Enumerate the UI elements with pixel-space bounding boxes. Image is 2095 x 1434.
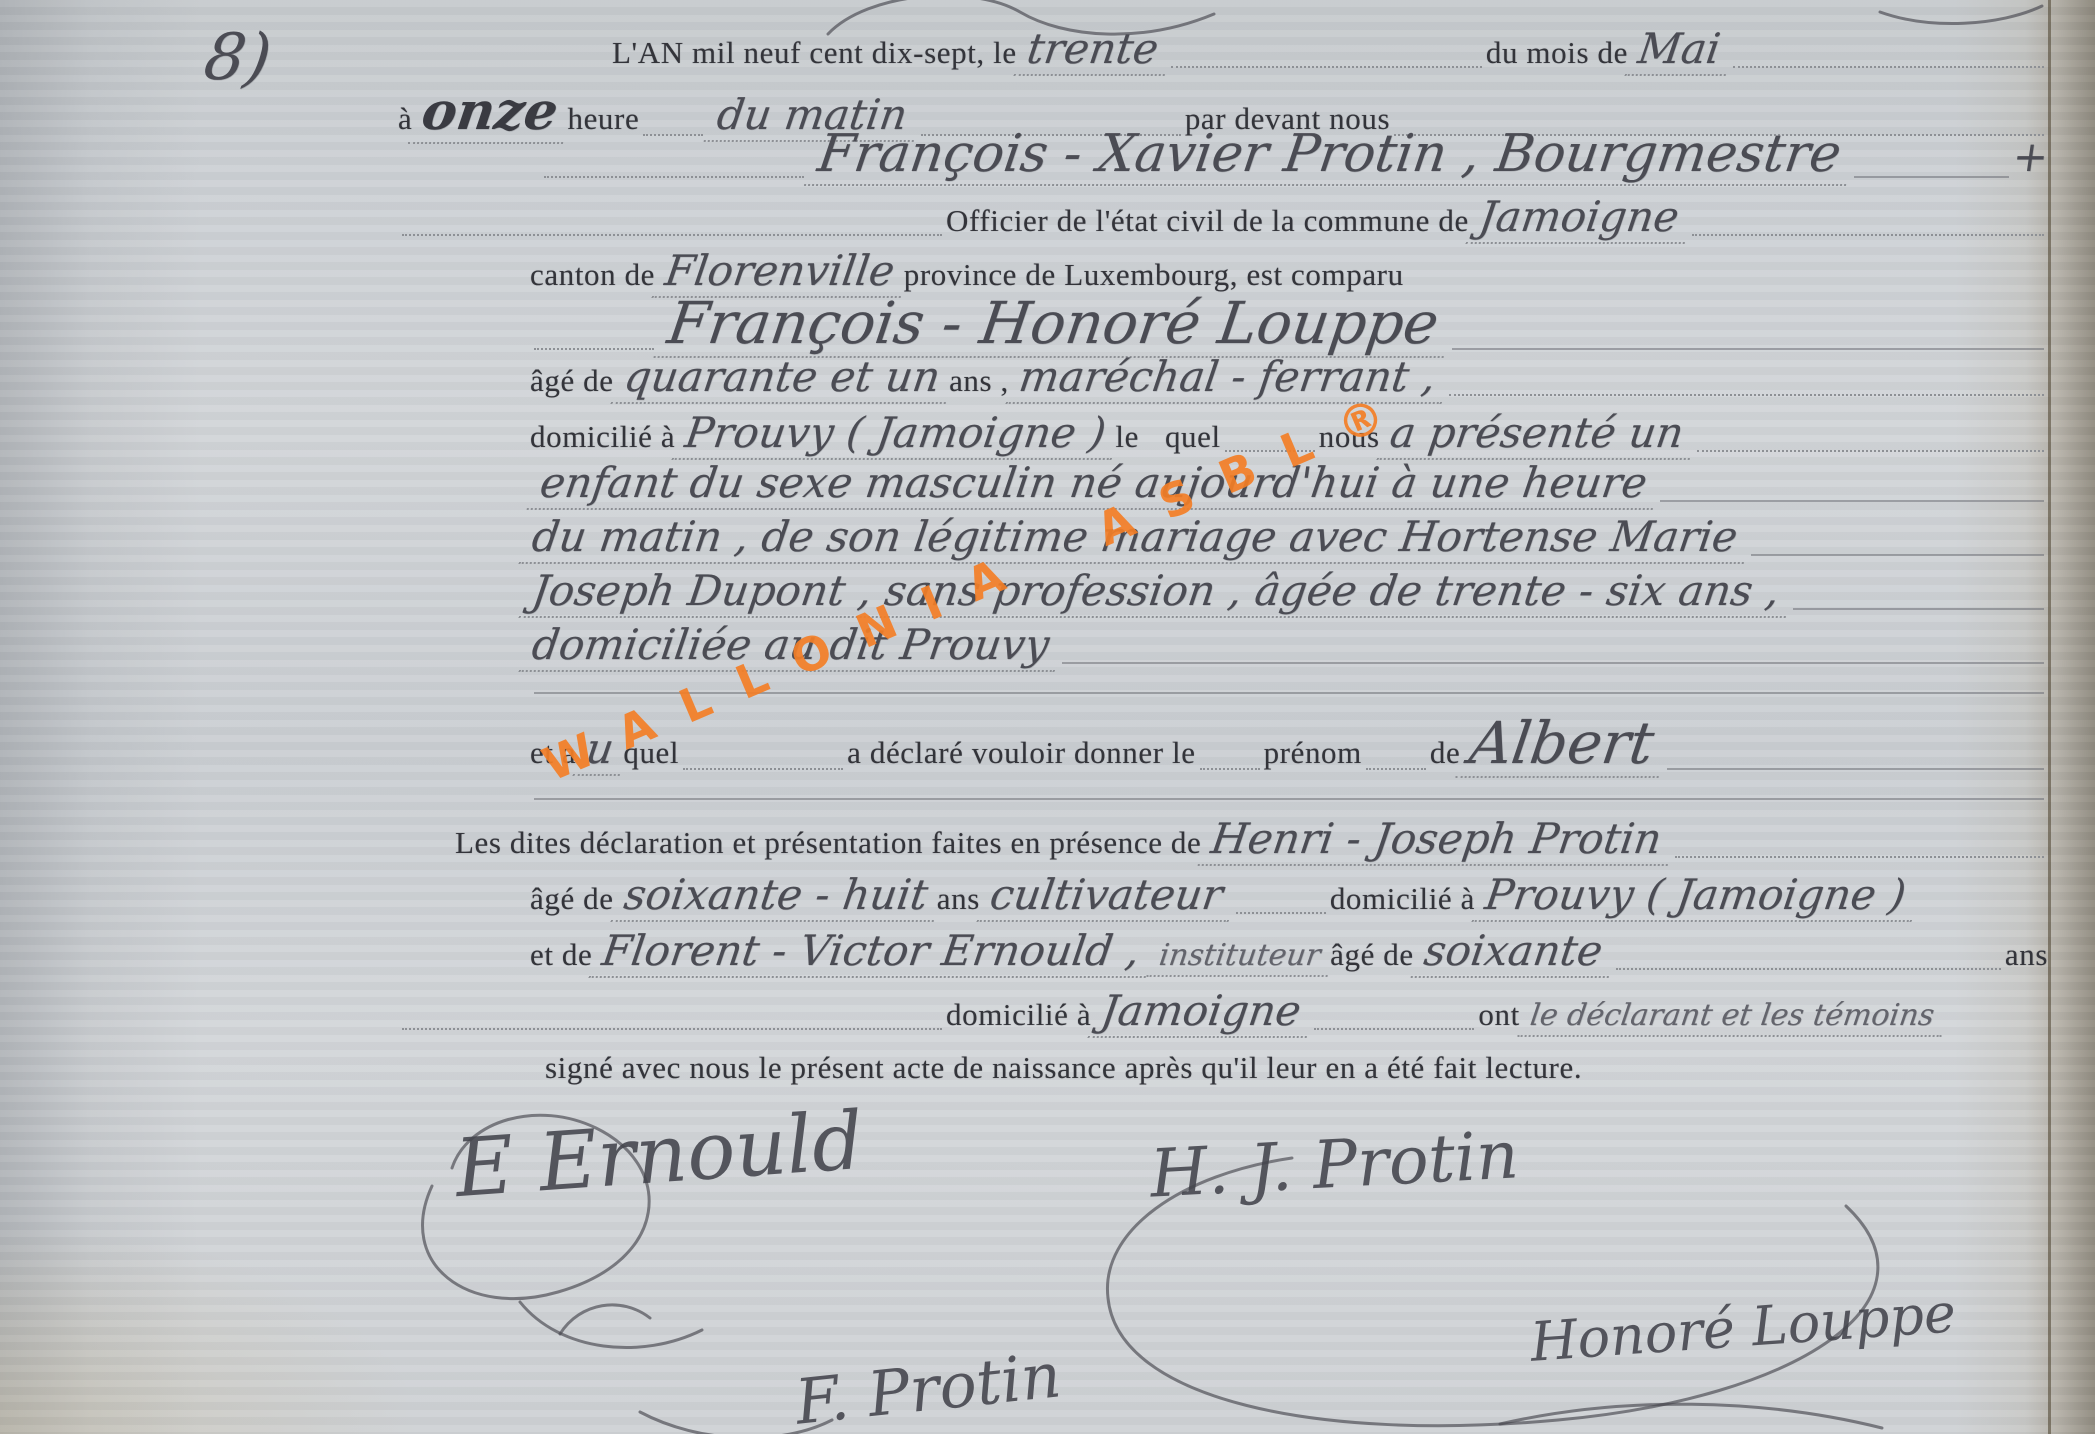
line-declarant: François - Honoré Louppe — [530, 294, 2048, 358]
hw-witness2-age: soixante — [1410, 930, 1615, 978]
page-edge-line — [2048, 0, 2051, 1434]
line-date: L'AN mil neuf cent dix-sept, le trente d… — [612, 28, 2048, 76]
hw-witness2-name: Florent - Victor Ernould , — [589, 930, 1153, 978]
rule — [1449, 390, 2044, 396]
rule — [1616, 964, 2001, 970]
printed-signe-avec-nous: signé avec nous le présent acte de naiss… — [545, 1050, 1582, 1086]
line-witness-2-domicile: domicilié à Jamoigne ont le déclarant et… — [398, 990, 2048, 1038]
record-number: 8) — [201, 26, 276, 90]
printed-ans-2: ans — [937, 881, 980, 917]
printed-ans: ans , — [949, 363, 1009, 399]
hw-declarant-age: quarante et un — [610, 356, 952, 404]
signature-hj-protin: H. J. Protin — [1148, 1116, 1520, 1212]
hw-commune: Jamoigne — [1465, 196, 1691, 244]
paragraph-line: enfant du sexe masculin né aujourd'hui à… — [530, 462, 2048, 510]
rule — [1660, 496, 2044, 502]
printed-de: de — [1430, 735, 1460, 771]
hw-witness2-domicile: Jamoigne — [1088, 990, 1314, 1038]
paragraph-line: Joseph Dupont , sans profession , âgée d… — [522, 570, 2048, 618]
line-declarant-age: âgé de quarante et un ans , maréchal - f… — [530, 356, 2048, 404]
line-closing: signé avec nous le présent acte de naiss… — [545, 1050, 2048, 1086]
rule — [1236, 908, 1326, 914]
printed-age-de: âgé de — [530, 363, 614, 399]
line-witness-1: Les dites déclaration et présentation fa… — [455, 818, 2048, 866]
hw-declarant-name: François - Honoré Louppe — [654, 294, 1453, 358]
printed-prenom: prénom — [1264, 735, 1362, 771]
rule — [1697, 446, 2044, 452]
hw-paragraph-3: Joseph Dupont , sans profession , âgée d… — [519, 570, 1793, 618]
rule — [1452, 344, 2044, 350]
printed-year-le: L'AN mil neuf cent dix-sept, le — [612, 35, 1017, 71]
rule — [402, 1024, 942, 1030]
line-witness-1-details: âgé de soixante - huit ans cultivateur d… — [530, 874, 2048, 922]
blank-rule-row — [530, 676, 2048, 702]
hw-declarant-domicile: Prouvy ( Jamoigne ) — [672, 412, 1119, 460]
printed-domicilie-a: domicilié à — [530, 419, 675, 455]
rule — [402, 230, 942, 236]
hw-declarant-profession: maréchal - ferrant , — [1006, 356, 1449, 404]
hw-witness1-profession: cultivateur — [976, 874, 1235, 922]
rule — [1667, 764, 2044, 770]
printed-le: le — [1115, 419, 1139, 455]
blank-rule-row — [530, 782, 2048, 808]
rule — [1171, 62, 1482, 68]
printed-quel: quel — [1165, 419, 1221, 455]
printed-canton-de: canton de — [530, 257, 655, 293]
hw-paragraph-4: domiciliée au dit Prouvy — [519, 624, 1062, 672]
rule — [1751, 550, 2044, 556]
signature-honore-louppe: Honoré Louppe — [1528, 1281, 1957, 1374]
hw-a-presente-un: a présenté un — [1376, 412, 1696, 460]
hw-officer-name: François - Xavier Protin , Bourgmestre — [804, 128, 1854, 186]
rule — [1225, 446, 1315, 452]
printed-ont: ont — [1478, 997, 1519, 1033]
hw-witness1-domicile: Prouvy ( Jamoigne ) — [1472, 874, 1919, 922]
hw-le-declarant-et-temoins: le déclarant et les témoins — [1517, 1001, 1946, 1037]
line-officer: François - Xavier Protin , Bourgmestre + — [540, 128, 2048, 186]
hw-witness1-age: soixante - huit — [610, 874, 940, 922]
printed-age-de-3: âgé de — [1330, 937, 1414, 973]
line-commune: Officier de l'état civil de la commune d… — [398, 196, 2048, 244]
printed-les-dites: Les dites déclaration et présentation fa… — [455, 825, 1201, 861]
hw-witness1-name: Henri - Joseph Protin — [1198, 818, 1674, 866]
rule — [534, 794, 2044, 800]
rule — [1692, 230, 2044, 236]
paragraph-line: domiciliée au dit Prouvy — [522, 624, 2048, 672]
hw-cross-mark: + — [2010, 136, 2051, 178]
printed-domicilie-a-3: domicilié à — [946, 997, 1091, 1033]
rule — [1733, 62, 2044, 68]
printed-a-declare: a déclaré vouloir donner le — [847, 735, 1195, 771]
rule — [544, 172, 804, 178]
line-witness-2: et de Florent - Victor Ernould , institu… — [530, 930, 2048, 978]
hw-u: u — [573, 728, 627, 776]
signature-ernould: E Ernould — [452, 1094, 866, 1215]
printed-du-mois-de: du mois de — [1486, 35, 1628, 71]
printed-quel2: quel — [623, 735, 679, 771]
printed-et-de: et de — [530, 937, 592, 973]
printed-ans-3: ans — [2005, 937, 2048, 973]
hw-paragraph-2: du matin , de son légitime mariage avec … — [519, 516, 1751, 564]
hw-paragraph-1: enfant du sexe masculin né aujourd'hui à… — [527, 462, 1660, 510]
paragraph-line: du matin , de son légitime mariage avec … — [522, 516, 2048, 564]
printed-age-de-2: âgé de — [530, 881, 614, 917]
rule — [1854, 172, 2009, 178]
rule — [1314, 1024, 1474, 1030]
rule — [1675, 852, 2044, 858]
printed-nous: nous — [1319, 419, 1380, 455]
printed-province: province de Luxembourg, est comparu — [904, 257, 1404, 293]
hw-child-first-name: Albert — [1456, 714, 1668, 778]
printed-domicilie-a-2: domicilié à — [1330, 881, 1475, 917]
line-declarant-domicile: domicilié à Prouvy ( Jamoigne ) le quel … — [530, 412, 2048, 460]
printed-officier-etat-civil: Officier de l'état civil de la commune d… — [946, 203, 1469, 239]
hw-witness2-profession: instituteur — [1147, 941, 1333, 977]
birth-certificate-scan: WALLONIA ASBL® 8) L'AN mil neuf cent dix… — [0, 0, 2095, 1434]
rule — [534, 688, 2044, 694]
signature-f-protin: F. Protin — [792, 1338, 1064, 1434]
line-prenom: et a u quel a déclaré vouloir donner le … — [530, 714, 2048, 778]
rule — [1200, 764, 1260, 770]
printed-et-a: et a — [530, 735, 576, 771]
rule — [683, 764, 843, 770]
rule — [1366, 764, 1426, 770]
hw-month: Mai — [1625, 28, 1733, 76]
hw-day: trente — [1013, 28, 1170, 76]
rule — [1793, 604, 2044, 610]
rule — [534, 344, 654, 350]
rule — [1062, 658, 2044, 664]
